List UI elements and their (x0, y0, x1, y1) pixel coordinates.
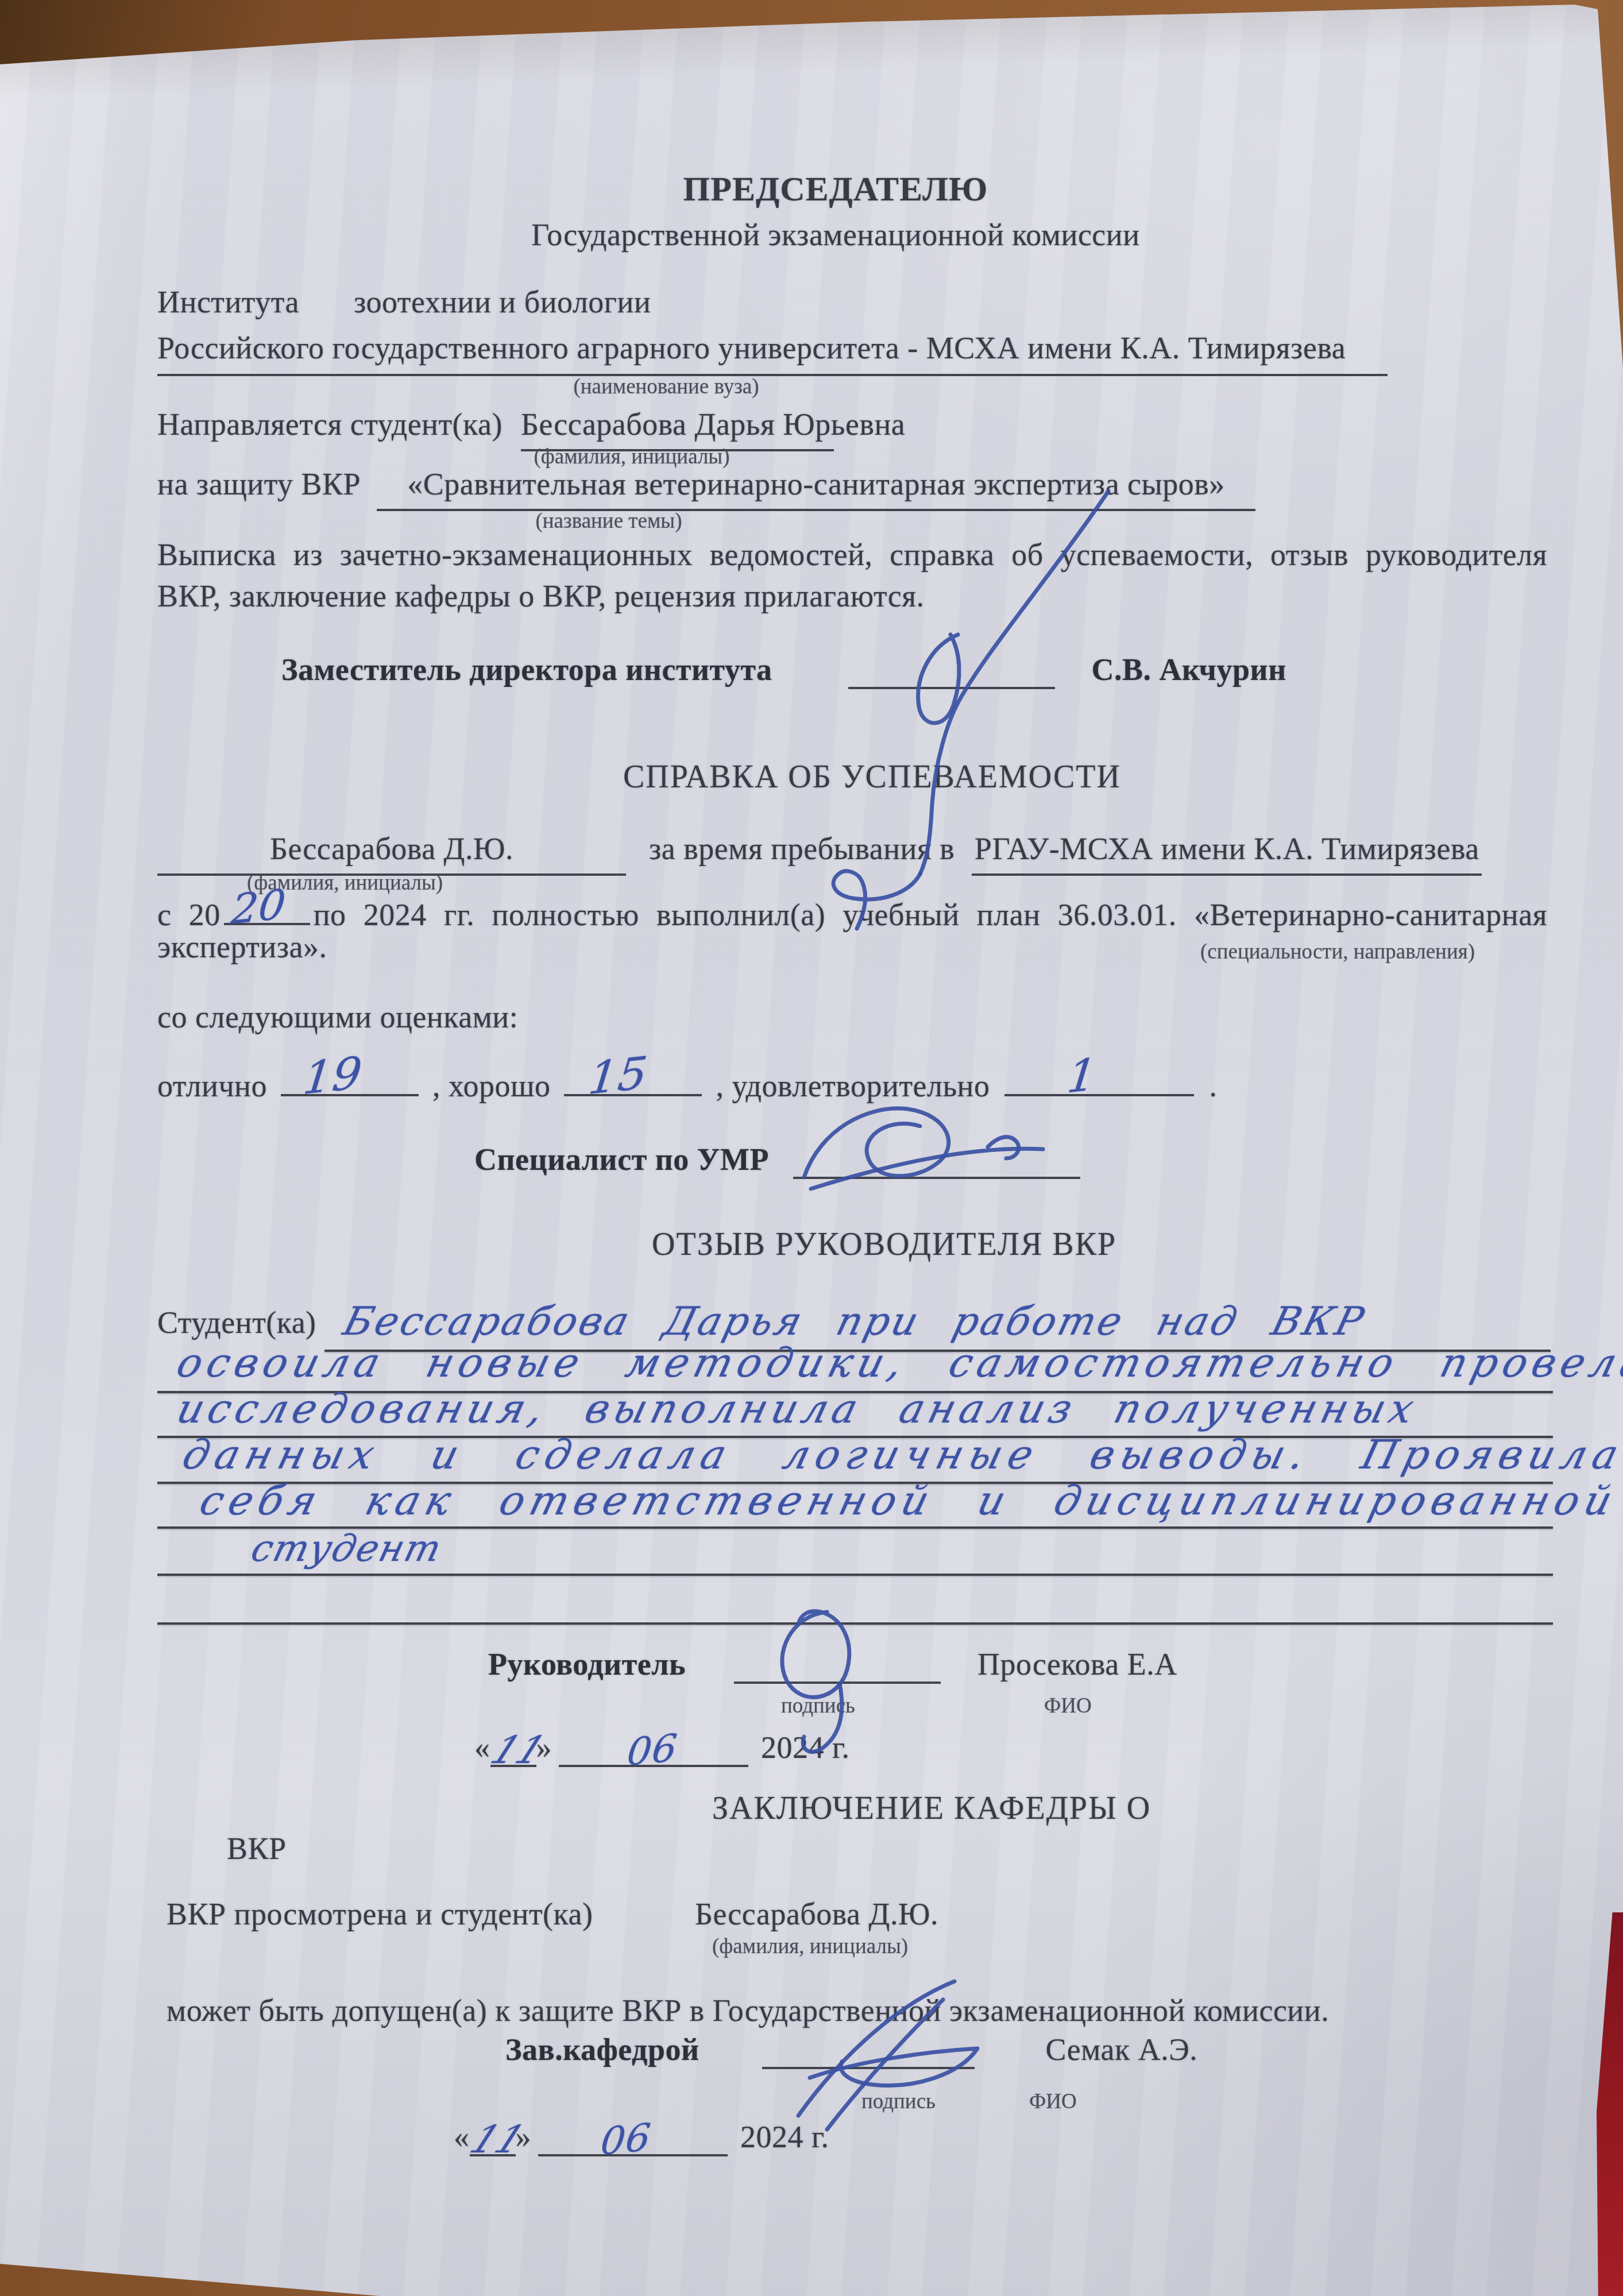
review-handwriting-line-6: студент (247, 1528, 446, 1570)
good-slot: 15 (564, 1086, 702, 1096)
good-label: , хорошо (432, 1069, 551, 1103)
university-caption: (наименование вуза) (505, 374, 827, 399)
excellent-value-handwritten: 19 (301, 1051, 364, 1101)
review-handwriting-line-4: данных и сделала логичные выводы. Прояви… (178, 1431, 1623, 1478)
conclusion-date-open: « (454, 2120, 470, 2154)
dept-head-name: Семак А.Э. (1046, 2032, 1198, 2067)
dept-head-label: Зав.кафедрой (505, 2032, 700, 2067)
institute-label: Института (157, 285, 299, 319)
advisor-name-caption: ФИО (1044, 1694, 1092, 1718)
satisfactory-value-handwritten: 1 (1065, 1053, 1099, 1100)
review-title: ОТЗЫВ РУКОВОДИТЕЛЯ ВКР (652, 1224, 1116, 1265)
advisor-date-month-handwritten: 06 (625, 1729, 679, 1772)
thesis-caption: (название темы) (505, 509, 712, 534)
addressee-subtitle: Государственной экзаменационной комиссии (24, 216, 1623, 255)
paper-top-shadow (0, 0, 1623, 126)
advisor-label: Руководитель (488, 1647, 686, 1682)
student-label: Направляется студент(ка) (157, 407, 503, 442)
period-tail: экспертиза». (157, 928, 327, 967)
conclusion-title-line-2: ВКР (227, 1830, 287, 1869)
conclusion-student-caption: (фамилия, инициалы) (712, 1934, 908, 1959)
conclusion-reviewed-label: ВКР просмотрена и студент(ка) (167, 1895, 593, 1934)
advisor-name: Просекова Е.А (977, 1647, 1177, 1682)
good-value-handwritten: 15 (586, 1051, 650, 1101)
institute-value: зоотехнии и биологии (354, 285, 651, 319)
dept-name-caption: ФИО (1029, 2089, 1077, 2114)
advisor-date-open: « (474, 1730, 490, 1765)
addressee-title: ПРЕДСЕДАТЕЛЮ (24, 168, 1623, 211)
photo-of-document: { "colors":{"paper":"#d8d9e2","table_bro… (0, 0, 1623, 2296)
conclusion-date-month-handwritten: 06 (599, 2119, 652, 2162)
review-student-label: Студент(ка) (157, 1304, 316, 1343)
dept-head-signature (770, 1971, 999, 2143)
deputy-label: Заместитель директора института (281, 652, 772, 687)
period-year-slot: 20 (224, 915, 310, 925)
review-rule-6 (157, 1574, 1553, 1576)
conclusion-permit-text: может быть допущен(а) к защите ВКР в Гос… (167, 1992, 1329, 2031)
umr-specialist-signature (787, 1094, 1062, 1209)
advisor-date-day-slot: 11 (490, 1757, 536, 1767)
institute-line: Институтазоотехнии и биологии (157, 283, 651, 322)
grades-intro: со следующими оценками: (157, 998, 518, 1037)
conclusion-student-name: Бессарабова Д.Ю. (695, 1895, 938, 1934)
excellent-slot: 19 (281, 1086, 419, 1096)
certificate-student-name: Бессарабова Д.Ю. (157, 830, 626, 876)
conclusion-date-month-slot: 06 (538, 2146, 728, 2156)
period-prefix: с 20 (157, 898, 221, 932)
advisor-date-month-slot: 06 (559, 1757, 748, 1767)
advisor-signature (741, 1592, 913, 1753)
review-handwriting-line-2: освоила новые методики, самостоятельно п… (172, 1339, 1623, 1386)
university-line: Российского государственного аграрного у… (157, 329, 1388, 376)
conclusion-title-line-1: ЗАКЛЮЧЕНИЕ КАФЕДРЫ О (712, 1788, 1151, 1829)
thesis-label: на защиту ВКР (157, 467, 361, 501)
period-year-handwritten: 20 (229, 883, 288, 930)
excellent-label: отлично (157, 1069, 267, 1103)
speciality-caption: (специальности, направления) (1200, 940, 1475, 964)
deputy-director-signature (793, 477, 1149, 948)
paper-sheet: ПРЕДСЕДАТЕЛЮ Государственной экзаменацио… (0, 0, 1623, 2296)
review-handwriting-line-1: Бессарабова Дарья при работе над ВКР (339, 1299, 1370, 1344)
conclusion-date-day-slot: 11 (470, 2146, 516, 2156)
review-handwriting-line-5: себя как ответственной и дисциплинирован… (195, 1477, 1622, 1524)
review-handwriting-line-3: исследования, выполнила анализ полученны… (172, 1385, 1423, 1432)
grades-period: . (1209, 1069, 1217, 1103)
specialist-label: Специалист по УМР (474, 1142, 769, 1177)
